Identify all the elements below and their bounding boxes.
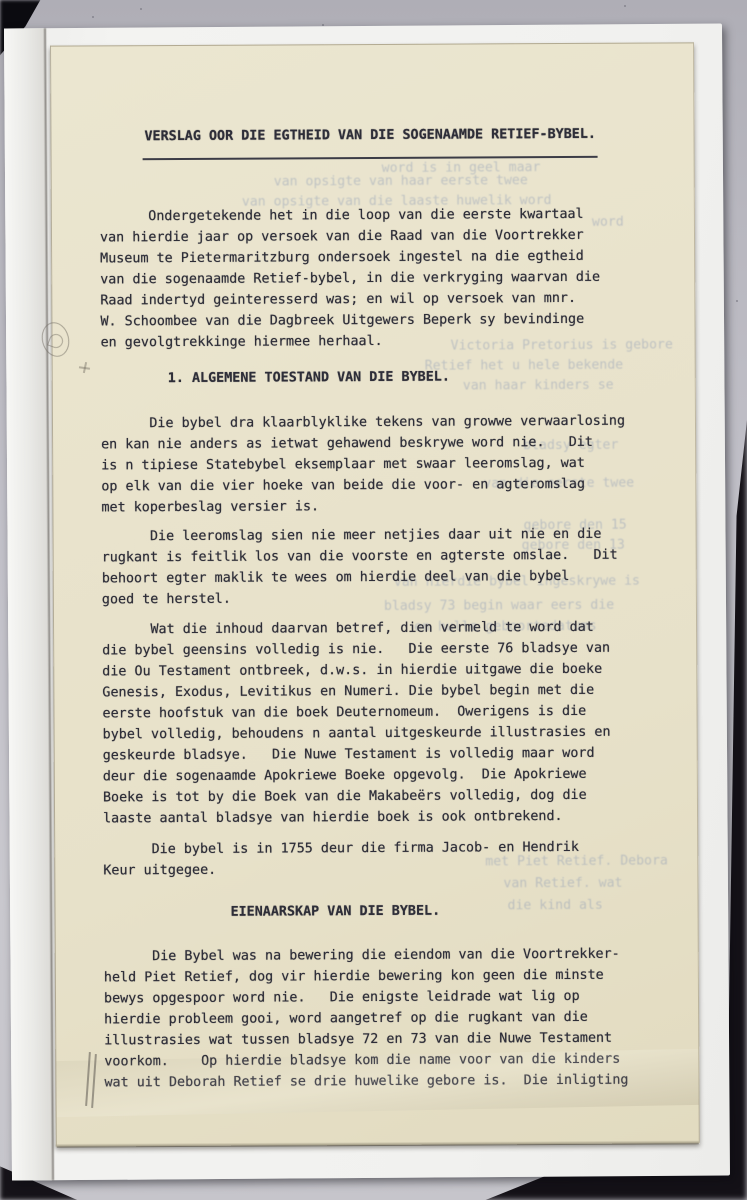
dust-speck	[92, 16, 94, 18]
document-title: VERSLAG OOR DIE EGTHEID VAN DIE SOGENAAM…	[144, 124, 596, 147]
paragraph-1: Ondergetekende het in die loop van die e…	[100, 204, 601, 354]
section-heading-1: 1. ALGEMENE TOESTAND VAN DIE BYBEL.	[168, 367, 450, 389]
section-heading-2: EIENAARSKAP VAN DIE BYBEL.	[230, 901, 440, 923]
bleedthrough-line: van haar kinders se	[463, 376, 614, 397]
dust-speck	[624, 5, 626, 7]
dust-speck	[140, 8, 142, 10]
bleedthrough-line: die kind als	[507, 896, 602, 916]
photo-of-typed-report: word is in geel maar van opsigte van haa…	[0, 0, 747, 1200]
typed-page: word is in geel maar van opsigte van haa…	[50, 42, 700, 1146]
dust-speck	[736, 300, 738, 302]
paragraph-4: Wat die inhoud daarvan betref, dien verm…	[102, 617, 611, 830]
bleedthrough-line: Retief het u hele bekende	[425, 356, 624, 377]
paragraph-2: Die bybel dra klaarblyklike tekens van g…	[101, 411, 626, 519]
paragraph-6: Die Bybel was na bewering die eiendom va…	[104, 944, 629, 1094]
bleedthrough-line: van opsigte van haar eerste twee	[274, 171, 528, 192]
paragraph-5: Die bybel is in 1755 deur die firma Jaco…	[103, 837, 579, 881]
paragraph-3: Die leeromslag sien nie meer netjies daa…	[102, 524, 618, 611]
